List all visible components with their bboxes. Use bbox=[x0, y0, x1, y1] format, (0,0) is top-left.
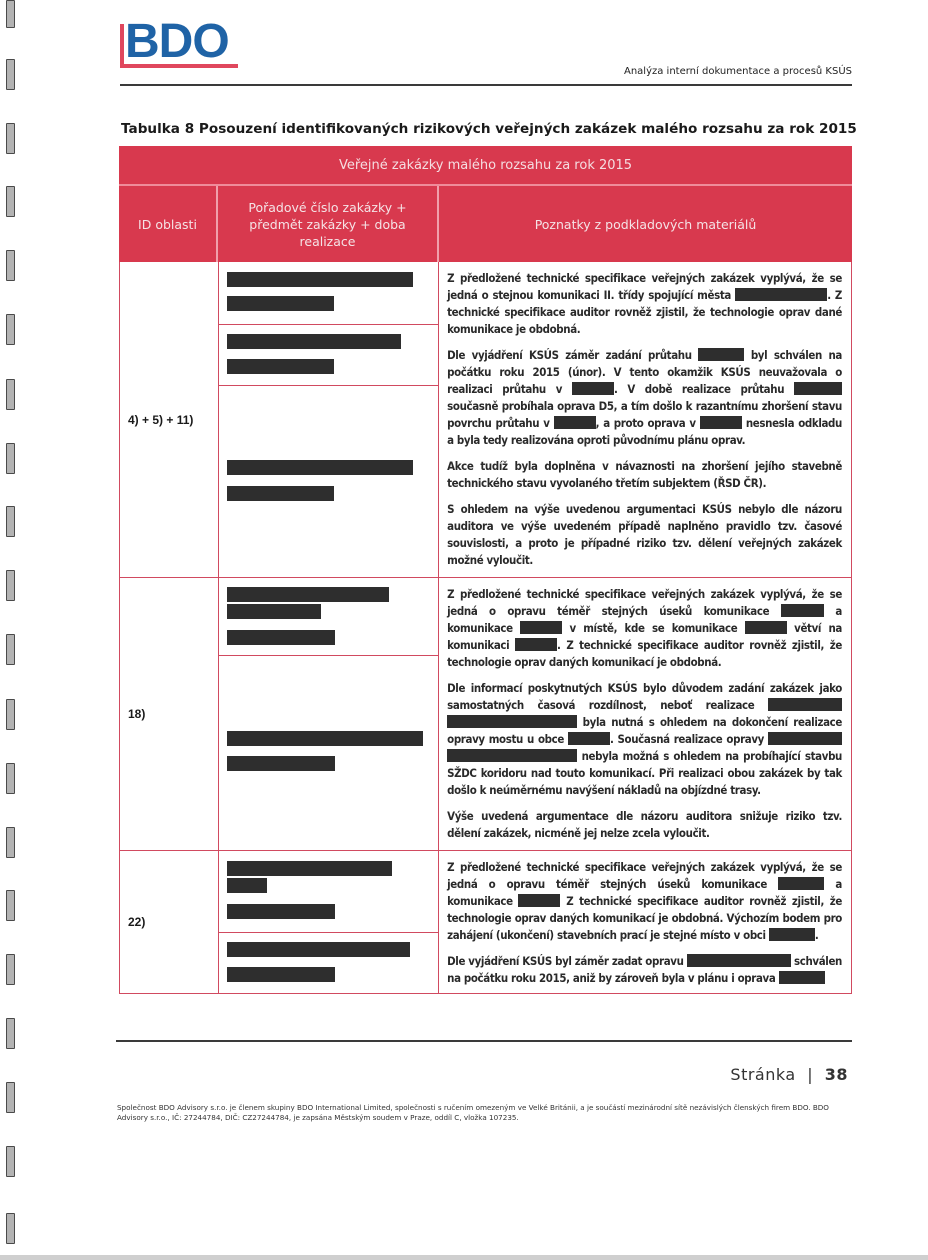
binder-hole bbox=[6, 954, 15, 985]
redacted-block bbox=[227, 861, 392, 876]
logo-accent-vertical bbox=[120, 24, 124, 66]
legal-notice: Společnost BDO Advisory s.r.o. je členem… bbox=[117, 1103, 837, 1123]
page-number: Stránka | 38 bbox=[730, 1065, 848, 1084]
bdo-logo: BDO bbox=[120, 20, 240, 70]
contract-cells bbox=[219, 262, 439, 577]
finding-paragraph: Akce tudíž byla doplněna v návaznosti na… bbox=[447, 458, 842, 492]
page-number-value: 38 bbox=[825, 1065, 848, 1084]
redacted-inline bbox=[735, 288, 827, 301]
redacted-inline bbox=[781, 604, 824, 617]
scan-bottom-edge bbox=[0, 1255, 928, 1260]
binder-hole bbox=[6, 634, 15, 665]
redacted-block bbox=[227, 460, 413, 475]
row-id: 18) bbox=[120, 578, 219, 850]
binder-hole bbox=[6, 443, 15, 474]
redacted-block bbox=[227, 359, 334, 374]
binder-hole bbox=[6, 763, 15, 794]
redacted-block bbox=[227, 486, 334, 501]
binder-hole bbox=[6, 186, 15, 217]
binder-hole bbox=[6, 827, 15, 858]
redacted-inline bbox=[745, 621, 787, 634]
redacted-inline bbox=[778, 877, 824, 890]
binder-hole bbox=[6, 379, 15, 410]
redacted-inline bbox=[794, 382, 842, 395]
redacted-block bbox=[227, 296, 334, 311]
redacted-block bbox=[227, 967, 335, 982]
binder-hole bbox=[6, 123, 15, 154]
binder-hole bbox=[6, 59, 15, 90]
binder-hole bbox=[6, 890, 15, 921]
redacted-inline bbox=[518, 894, 560, 907]
binder-hole bbox=[6, 1213, 15, 1244]
redacted-block bbox=[227, 904, 335, 919]
redacted-inline bbox=[554, 416, 596, 429]
redacted-inline bbox=[698, 348, 744, 361]
footer-divider bbox=[116, 1040, 852, 1042]
contract-cell bbox=[219, 578, 438, 656]
redacted-block bbox=[227, 878, 267, 893]
document-subtitle: Analýza interní dokumentace a procesů KS… bbox=[624, 66, 852, 77]
contract-cell bbox=[219, 851, 438, 933]
redacted-inline bbox=[700, 416, 742, 429]
contract-cell bbox=[219, 933, 438, 993]
table-row: 22) Z předložené technické specifikace v… bbox=[119, 851, 852, 994]
finding-paragraph: Z předložené technické specifikace veřej… bbox=[447, 270, 842, 338]
binder-hole bbox=[6, 1146, 15, 1177]
page-separator: | bbox=[807, 1065, 813, 1084]
binder-hole bbox=[6, 1018, 15, 1049]
redacted-inline bbox=[768, 732, 842, 745]
findings-cell: Z předložené technické specifikace veřej… bbox=[439, 262, 851, 577]
header-divider bbox=[120, 84, 852, 86]
table-column-headers: ID oblasti Pořadové číslo zakázky + před… bbox=[119, 186, 852, 262]
redacted-inline bbox=[520, 621, 562, 634]
binder-hole bbox=[6, 570, 15, 601]
contract-cells bbox=[219, 851, 439, 993]
contract-cell bbox=[219, 386, 438, 577]
column-header-contract: Pořadové číslo zakázky + předmět zakázky… bbox=[218, 186, 439, 262]
contract-cells bbox=[219, 578, 439, 850]
risk-assessment-table: Veřejné zakázky malého rozsahu za rok 20… bbox=[119, 146, 852, 994]
redacted-inline bbox=[572, 382, 614, 395]
table-row: 4) + 5) + 11) Z předložené technické spe… bbox=[119, 262, 852, 578]
binder-hole bbox=[6, 699, 15, 730]
redacted-block bbox=[227, 604, 321, 619]
finding-paragraph: Z předložené technické specifikace veřej… bbox=[447, 859, 842, 944]
redacted-block bbox=[227, 756, 335, 771]
redacted-inline bbox=[515, 638, 557, 651]
contract-cell bbox=[219, 656, 438, 850]
column-header-id: ID oblasti bbox=[119, 186, 218, 262]
redacted-block bbox=[227, 272, 413, 287]
findings-cell: Z předložené technické specifikace veřej… bbox=[439, 578, 851, 850]
redacted-block bbox=[227, 587, 389, 602]
redacted-block bbox=[227, 942, 410, 957]
table-caption: Tabulka 8 Posouzení identifikovaných riz… bbox=[121, 121, 857, 137]
binder-hole bbox=[6, 314, 15, 345]
redacted-block bbox=[227, 731, 423, 746]
findings-cell: Z předložené technické specifikace veřej… bbox=[439, 851, 851, 993]
finding-paragraph: Dle vyjádření KSÚS záměr zadání průtahu … bbox=[447, 347, 842, 449]
contract-cell bbox=[219, 325, 438, 386]
page-label: Stránka bbox=[730, 1065, 795, 1084]
finding-paragraph: Dle informací poskytnutých KSÚS bylo dův… bbox=[447, 680, 842, 799]
redacted-inline bbox=[447, 715, 577, 728]
binder-hole bbox=[6, 1082, 15, 1113]
contract-cell bbox=[219, 262, 438, 325]
redacted-inline bbox=[779, 971, 825, 984]
redacted-inline bbox=[447, 749, 577, 762]
redacted-block bbox=[227, 334, 401, 349]
binder-holes bbox=[0, 0, 20, 1260]
redacted-inline bbox=[769, 928, 815, 941]
binder-hole bbox=[6, 506, 15, 537]
logo-text: BDO bbox=[125, 14, 229, 69]
binder-hole bbox=[6, 250, 15, 281]
binder-hole bbox=[6, 0, 15, 28]
redacted-block bbox=[227, 630, 335, 645]
row-id: 22) bbox=[120, 851, 219, 993]
finding-paragraph: Z předložené technické specifikace veřej… bbox=[447, 586, 842, 671]
table-group-header: Veřejné zakázky malého rozsahu za rok 20… bbox=[119, 146, 852, 186]
column-header-findings: Poznatky z podkladových materiálů bbox=[439, 186, 852, 262]
redacted-inline bbox=[568, 732, 610, 745]
finding-paragraph: S ohledem na výše uvedenou argumentaci K… bbox=[447, 501, 842, 569]
table-row: 18) Z předložené technické specifikace v… bbox=[119, 578, 852, 851]
redacted-inline bbox=[687, 954, 791, 967]
redacted-inline bbox=[768, 698, 842, 711]
row-id: 4) + 5) + 11) bbox=[120, 262, 219, 577]
finding-paragraph: Dle vyjádření KSÚS byl záměr zadat oprav… bbox=[447, 953, 842, 987]
finding-paragraph: Výše uvedená argumentace dle názoru audi… bbox=[447, 808, 842, 842]
